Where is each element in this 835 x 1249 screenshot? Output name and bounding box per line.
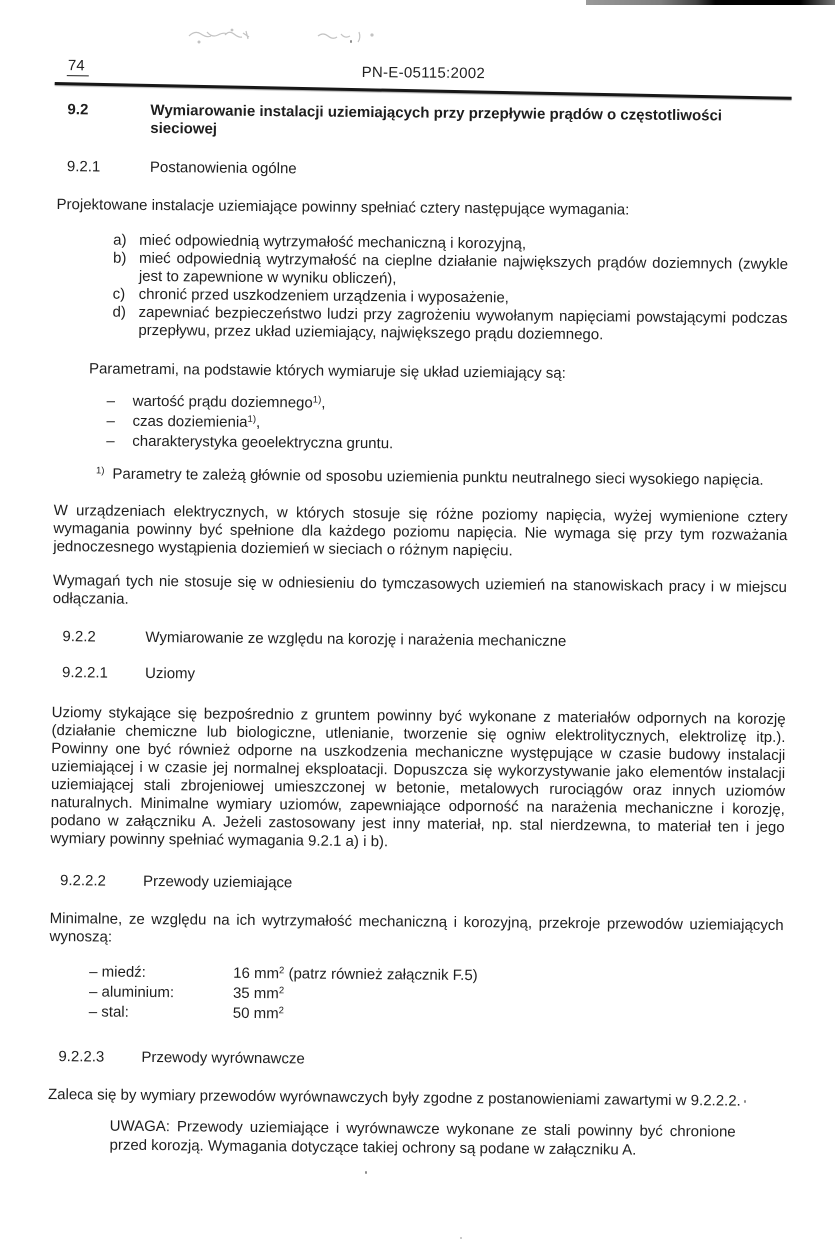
list-item-text: mieć odpowiednią wytrzymałość na cieplne… — [139, 250, 790, 292]
paragraph-przewody-min: Minimalne, ze względu na ich wytrzymałoś… — [46, 910, 783, 953]
section-number: 9.2.2.3 — [58, 1048, 141, 1067]
paragraph-wyrownawcze-body: Zaleca się by wymiary przewodów wyrównaw… — [45, 1086, 782, 1111]
section-title: Postanowienia ogólne — [150, 159, 791, 183]
section-heading-9-2: 9.2 Wymiarowanie instalacji uziemiającyc… — [54, 101, 791, 144]
standard-reference: PN-E-05115:2002 — [55, 61, 792, 85]
list-item-text: zapewniać bezpieczeństwo ludzi przy zagr… — [138, 304, 789, 346]
scan-artifact-top-bar — [586, 0, 835, 5]
section-number: 9.2.2.1 — [62, 664, 145, 683]
section-heading-9-2-1: 9.2.1 Postanowienia ogólne — [54, 158, 791, 183]
scan-speck — [365, 1171, 367, 1174]
scanned-document-page: { "colors": {"ink": "#1e1e1e", "paper": … — [0, 0, 835, 1249]
material-value: 16 mm2 (patrz również załącznik F.5) — [233, 964, 478, 986]
section-number: 9.2.2.2 — [60, 872, 143, 891]
material-value: 50 mm2 — [233, 1004, 284, 1024]
section-number: 9.2.2 — [62, 628, 145, 647]
material-label: – stal: — [89, 1002, 233, 1023]
section-title: Wymiarowanie instalacji uziemiających pr… — [150, 102, 791, 144]
paragraph-exclusion: Wymagań tych nie stosuje się w odniesien… — [50, 572, 787, 615]
paragraph-params-intro: Parametrami, na podstawie których wymiar… — [52, 360, 789, 385]
list-marker: a) — [113, 232, 139, 250]
scan-speck — [350, 40, 352, 43]
superscript: 2 — [279, 985, 284, 996]
material-label: – aluminium: — [89, 982, 233, 1003]
list-dash: – — [106, 432, 132, 452]
section-heading-9-2-2-3: 9.2.2.3 Przewody wyrównawcze — [45, 1048, 782, 1073]
page-content: 74 PN-E-05115:2002 9.2 Wymiarowanie inst… — [44, 55, 792, 1161]
list-marker: b) — [113, 250, 139, 286]
material-label: – miedź: — [89, 962, 233, 983]
list-item: d) zapewniać bezpieczeństwo ludzi przy z… — [52, 303, 789, 346]
section-number: 9.2.1 — [67, 158, 150, 177]
paragraph-voltage-levels: W urządzeniach elektrycznych, w których … — [50, 502, 787, 563]
requirements-list: a) mieć odpowiednią wytrzymałość mechani… — [52, 231, 790, 346]
paragraph-intro: Projektowane instalacje uziemiające powi… — [53, 196, 790, 221]
section-number: 9.2 — [67, 101, 150, 138]
pencil-smudge-marks — [315, 26, 385, 52]
section-heading-9-2-2: 9.2.2 Wymiarowanie ze względu na korozję… — [49, 628, 786, 653]
section-title: Wymiarowanie ze względu na korozję i nar… — [145, 629, 786, 653]
scan-speck — [460, 1237, 462, 1239]
footnote-ref: 1) — [248, 414, 257, 425]
superscript: 2 — [279, 1005, 284, 1016]
list-dash: – — [106, 412, 132, 432]
materials-list: – miedź: 16 mm2 (patrz również załącznik… — [46, 962, 784, 1029]
list-item-text: czas doziemienia1), — [132, 412, 260, 433]
material-value: 35 mm2 — [233, 984, 284, 1004]
section-title: Przewody wyrównawcze — [141, 1049, 782, 1073]
parameters-list: – wartość prądu doziemnego1), – czas doz… — [51, 391, 789, 458]
list-dash: – — [107, 392, 133, 412]
section-title: Uziomy — [145, 665, 786, 689]
section-heading-9-2-2-2: 9.2.2.2 Przewody uziemiające — [47, 872, 784, 897]
section-heading-9-2-2-1: 9.2.2.1 Uziomy — [49, 664, 786, 689]
list-item-text: wartość prądu doziemnego1), — [133, 392, 326, 414]
footnote-text: Parametry te zależą głównie od sposobu u… — [112, 466, 763, 489]
list-item-text: charakterystyka geoelektryczna gruntu. — [132, 432, 393, 455]
list-marker: d) — [112, 304, 138, 340]
running-header: 74 PN-E-05115:2002 — [55, 55, 792, 86]
note-uwaga: UWAGA: Przewody uziemiające i wyrównawcz… — [44, 1117, 781, 1161]
paragraph-uziomy-body: Uziomy stykające się bezpośrednio z grun… — [47, 704, 785, 855]
section-title: Przewody uziemiające — [143, 873, 784, 897]
footnote: 1)Parametry te zależą głównie od sposobu… — [51, 465, 788, 490]
footnote-ref: 1) — [313, 394, 322, 405]
list-marker: c) — [113, 286, 139, 304]
footnote-marker: 1) — [96, 465, 105, 476]
